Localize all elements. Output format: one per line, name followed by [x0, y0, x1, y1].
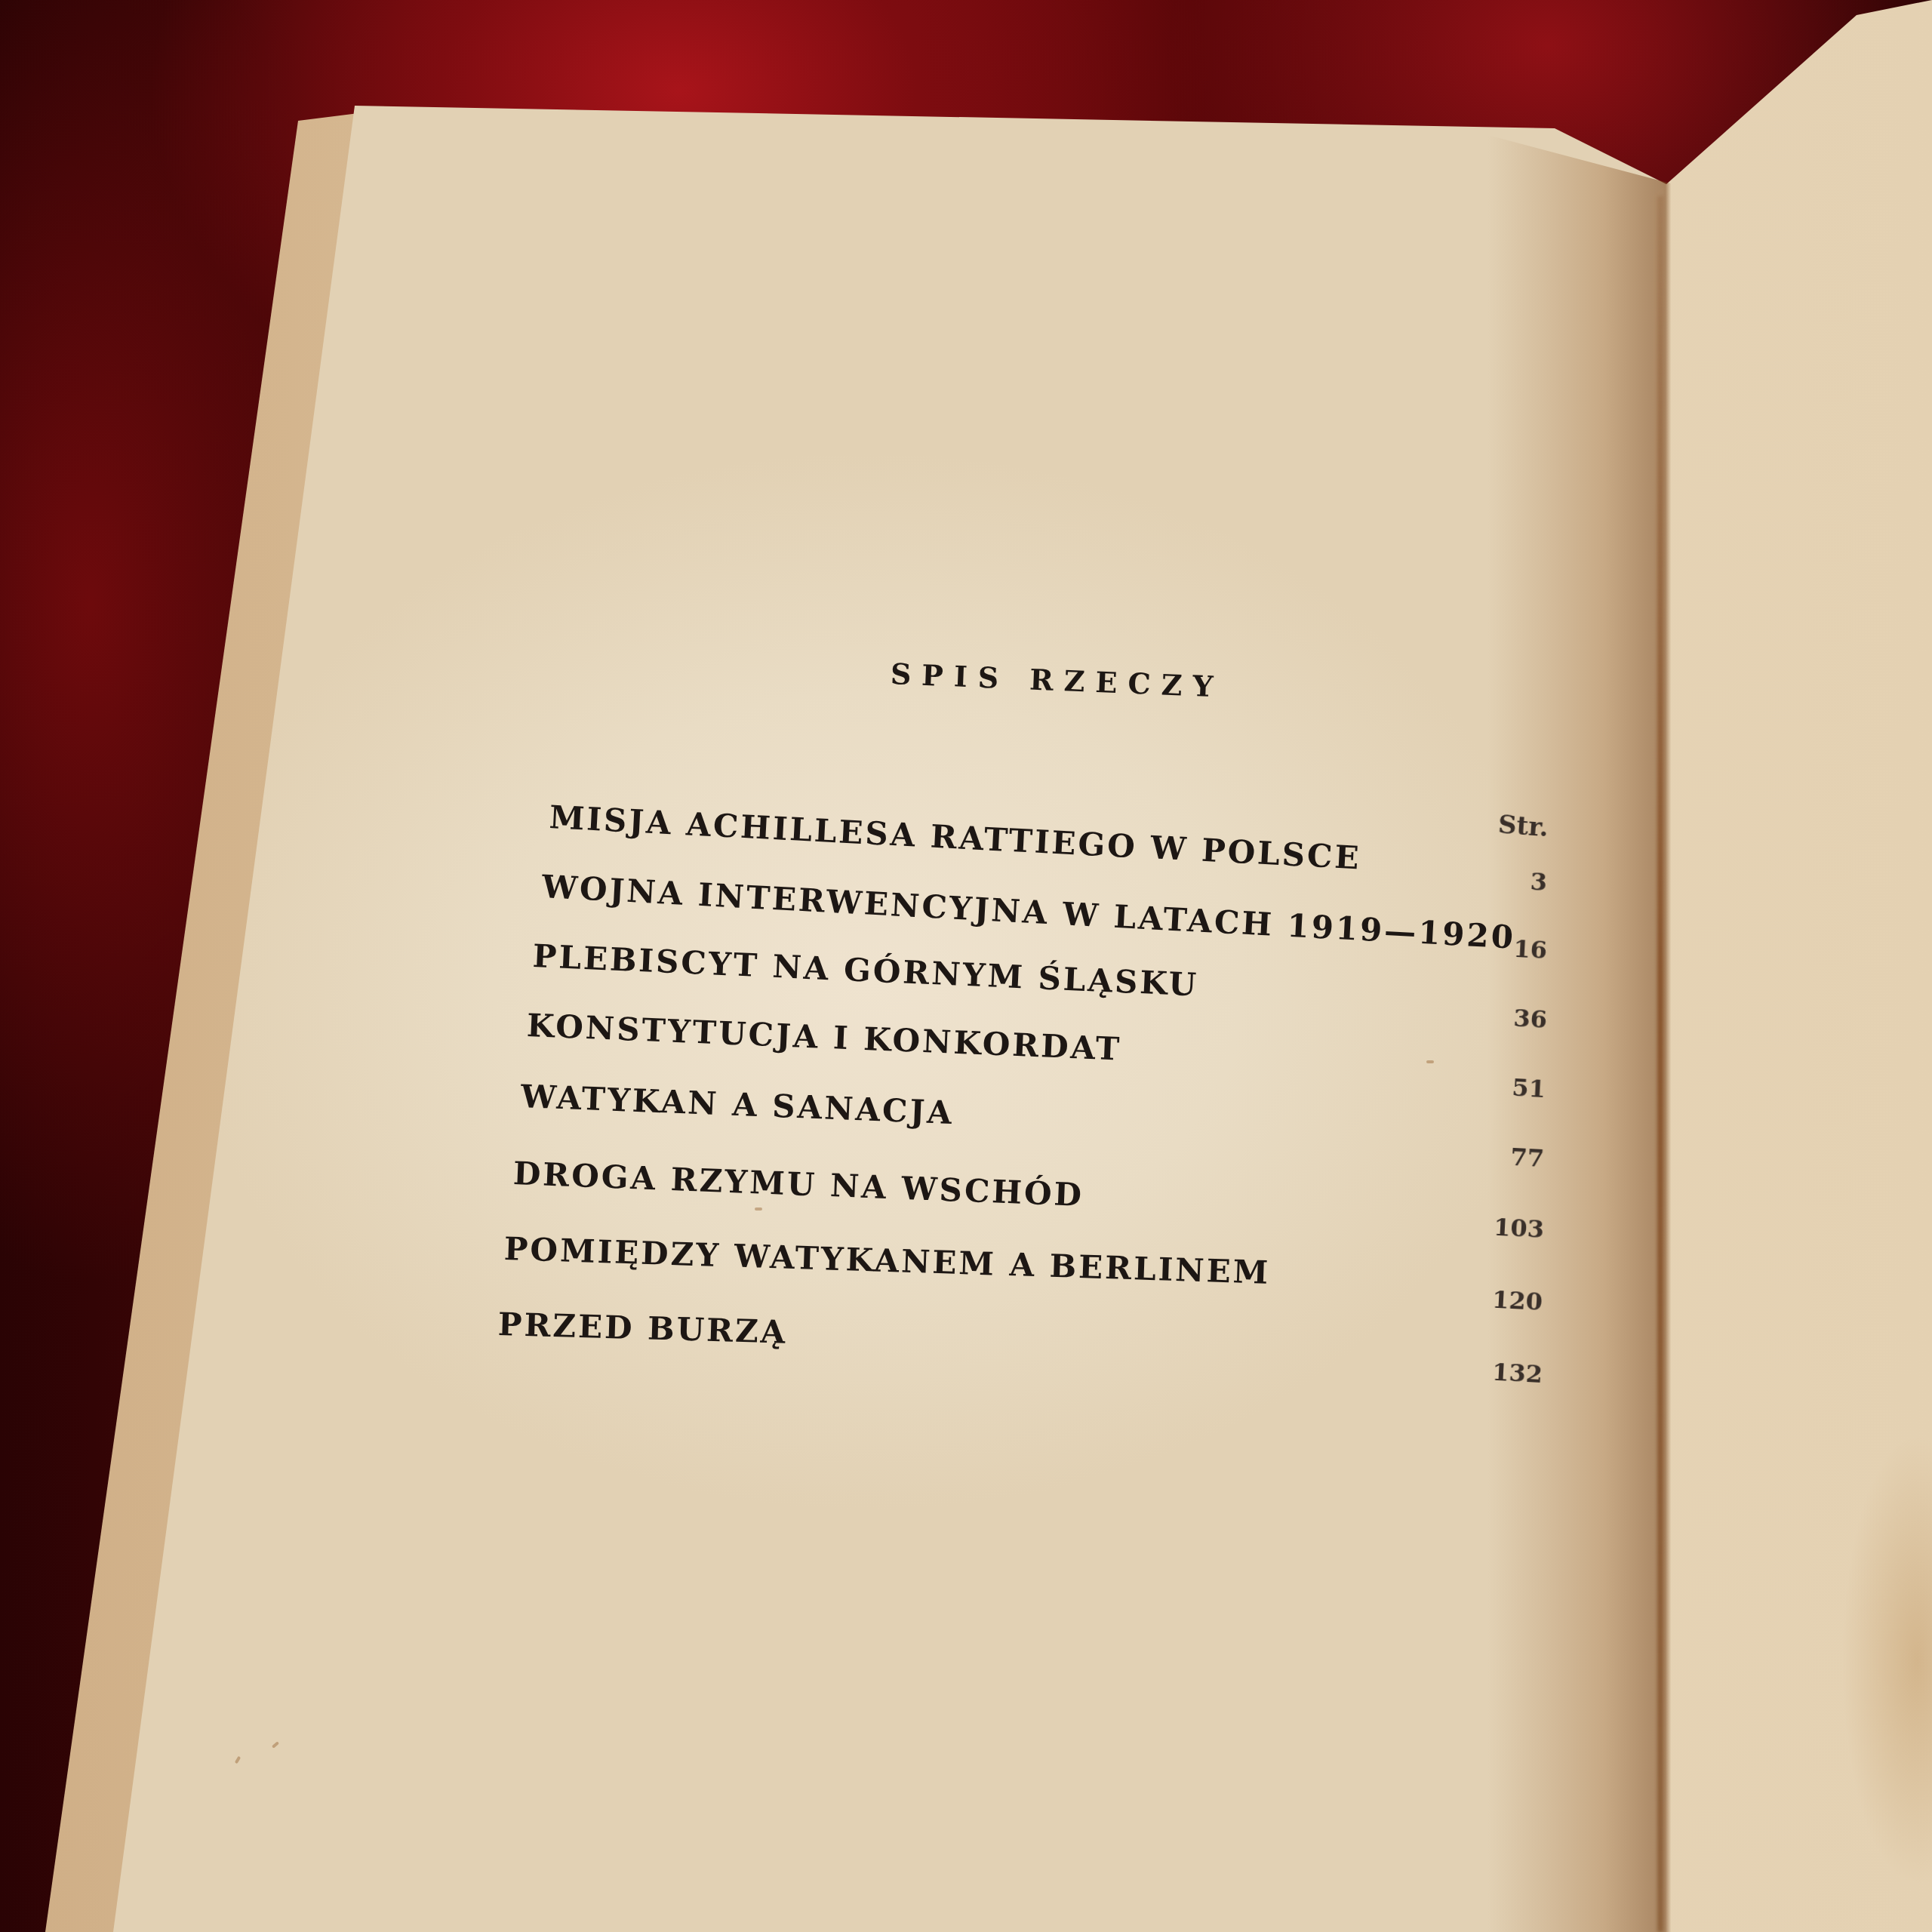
toc-entry-title: DROGA RZYMU NA WSCHÓD — [512, 1155, 1084, 1214]
page-column-label: Str. — [1497, 810, 1550, 844]
toc-entry-title: MISJA ACHILLESA RATTIEGO W POLSCE — [549, 798, 1362, 876]
toc-entry-title: PRZED BURZĄ — [497, 1306, 788, 1351]
toc-entry-title: WOJNA INTERWENCYJNA W LATACH 1919—1920 — [541, 868, 1516, 956]
table-of-contents: SPIS RZECZY Str. MISJA ACHILLESA RATTIEG… — [0, 0, 1932, 1932]
toc-entry-page: 132 — [1481, 1357, 1543, 1389]
photo-scene: SPIS RZECZY Str. MISJA ACHILLESA RATTIEG… — [0, 0, 1932, 1932]
toc-entry-title: KONSTYTUCJA I KONKORDAT — [526, 1007, 1122, 1068]
toc-entry-page: 77 — [1483, 1141, 1545, 1173]
toc-entry-page: 120 — [1481, 1284, 1543, 1316]
toc-entry-title: PLEBISCYT NA GÓRNYM ŚLĄSKU — [532, 937, 1199, 1003]
toc-entry-page: 103 — [1483, 1212, 1545, 1244]
toc-entry-title: WATYKAN A SANACJA — [520, 1078, 955, 1131]
toc-entry-page: 3 — [1486, 865, 1548, 897]
toc-heading: SPIS RZECZY — [890, 657, 1224, 704]
toc-entry-page: 36 — [1486, 1002, 1548, 1034]
toc-entry-page: 51 — [1484, 1072, 1546, 1103]
toc-entry-page: 16 — [1486, 933, 1548, 964]
toc-entry-title: POMIĘDZY WATYKANEM A BERLINEM — [503, 1230, 1271, 1291]
